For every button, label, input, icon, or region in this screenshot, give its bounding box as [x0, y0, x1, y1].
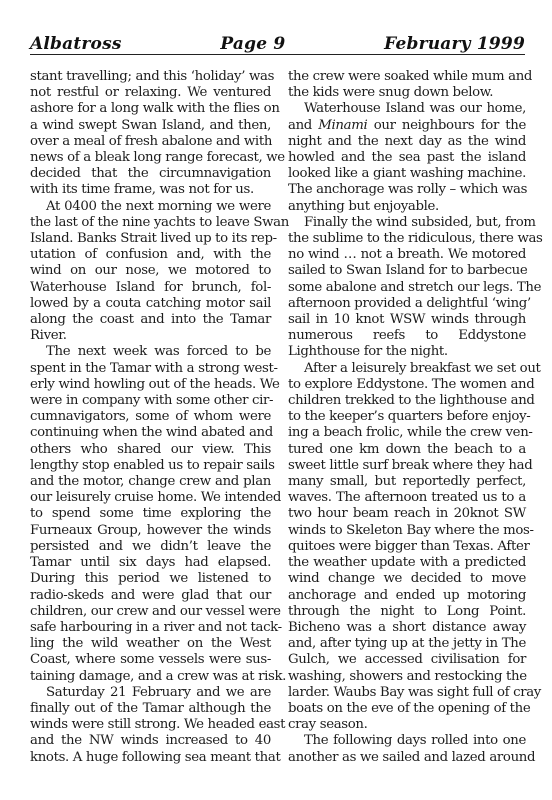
text-line: cumnavigators, some of whom were	[30, 409, 271, 425]
paragraph: Waterhouse Island was our home,and Minam…	[288, 101, 526, 214]
text-line: Waterhouse Island was our home,	[288, 101, 526, 117]
header-rule	[30, 54, 525, 55]
text-line: Furneaux Group, however the winds	[30, 523, 271, 539]
text-line: Finally the wind subsided, but, from	[288, 215, 526, 231]
text-line: ling the wild weather on the West	[30, 636, 271, 652]
text-line: Tamar until six days had elapsed.	[30, 555, 271, 571]
text-line: erly wind howling out of the heads. We	[30, 377, 271, 393]
text-line: along the coast and into the Tamar	[30, 312, 271, 328]
text-line: the weather update with a predicted	[288, 555, 526, 571]
text-line: winds were still strong. We headed east	[30, 717, 271, 733]
vessel-name: Minami	[318, 118, 367, 133]
text-line: boats on the eve of the opening of the	[288, 701, 526, 717]
text-line: sail in 10 knot WSW winds through	[288, 312, 526, 328]
text-line: utation of confusion and, with the	[30, 247, 271, 263]
text-line: decided that the circumnavigation	[30, 166, 271, 182]
text-line: and, after tying up at the jetty in The	[288, 636, 526, 652]
paragraph: The next week was forced to bespent in t…	[30, 344, 271, 684]
text-line: finally out of the Tamar although the	[30, 701, 271, 717]
paragraph: Finally the wind subsided, but, fromthe …	[288, 215, 526, 361]
text-line: ing a beach frolic, while the crew ven-	[288, 425, 526, 441]
newsletter-page: Albatross Page 9 February 1999 stant tra…	[0, 0, 552, 800]
text-line: larder. Waubs Bay was sight full of cray	[288, 685, 526, 701]
issue-date: February 1999	[384, 34, 525, 54]
page-number: Page 9	[220, 34, 285, 54]
text-line: to the keeper’s quarters before enjoy-	[288, 409, 526, 425]
text-line: Gulch, we accessed civilisation for	[288, 652, 526, 668]
text-line: night and the next day as the wind	[288, 134, 526, 150]
text-line: radio-skeds and were glad that our	[30, 588, 271, 604]
text-line: winds to Skeleton Bay where the mos-	[288, 523, 526, 539]
text-line: looked like a giant washing machine.	[288, 166, 526, 182]
text-line: During this period we listened to	[30, 571, 271, 587]
paragraph: Saturday 21 February and we arefinally o…	[30, 685, 271, 766]
text-line: news of a bleak long range forecast, we	[30, 150, 271, 166]
paragraph: After a leisurely breakfast we set outto…	[288, 361, 526, 734]
right-column: the crew were soaked while mum andthe ki…	[288, 69, 526, 766]
left-column: stant travelling; and this ‘holiday’ was…	[30, 69, 271, 766]
text-line: were in company with some other cir-	[30, 393, 271, 409]
paragraph: At 0400 the next morning we werethe last…	[30, 199, 271, 345]
text-line: waves. The afternoon treated us to a	[288, 490, 526, 506]
text-line: and Minami our neighbours for the	[288, 118, 526, 134]
text-line: the kids were snug down below.	[288, 85, 526, 101]
text-line: with its time frame, was not for us.	[30, 182, 271, 198]
text-line: washing, showers and restocking the	[288, 669, 526, 685]
text-line: cray season.	[288, 717, 526, 733]
running-header: Albatross Page 9 February 1999	[30, 22, 525, 54]
text-line: lowed by a couta catching motor sail	[30, 296, 271, 312]
text-line: and the motor, change crew and plan	[30, 474, 271, 490]
text-line: the last of the nine yachts to leave Swa…	[30, 215, 271, 231]
text-line: sailed to Swan Island for to barbecue	[288, 263, 526, 279]
text-line: another as we sailed and lazed around	[288, 750, 526, 766]
text-line: safe harbouring in a river and not tack-	[30, 620, 271, 636]
text-line: many small, but reportedly perfect,	[288, 474, 526, 490]
text-line: spent in the Tamar with a strong west-	[30, 361, 271, 377]
text-line: our leisurely cruise home. We intended	[30, 490, 271, 506]
text-line: lengthy stop enabled us to repair sails	[30, 458, 271, 474]
text-line: two hour beam reach in 20knot SW	[288, 506, 526, 522]
text-line: The following days rolled into one	[288, 733, 526, 749]
text-line: and the NW winds increased to 40	[30, 733, 271, 749]
text-line: wind on our nose, we motored to	[30, 263, 271, 279]
text-line: tured one km down the beach to a	[288, 442, 526, 458]
text-line: knots. A huge following sea meant that	[30, 750, 271, 766]
text-line: through the night to Long Point.	[288, 604, 526, 620]
text-line: howled and the sea past the island	[288, 150, 526, 166]
text-line: Bicheno was a short distance away	[288, 620, 526, 636]
text-line: anchorage and ended up motoring	[288, 588, 526, 604]
text-line: taining damage, and a crew was at risk.	[30, 669, 271, 685]
paragraph: stant travelling; and this ‘holiday’ was…	[30, 69, 271, 199]
text-line: the crew were soaked while mum and	[288, 69, 526, 85]
text-line: wind change we decided to move	[288, 571, 526, 587]
text-line: At 0400 the next morning we were	[30, 199, 271, 215]
paragraph: The following days rolled into oneanothe…	[288, 733, 526, 765]
text-line: Coast, where some vessels were sus-	[30, 652, 271, 668]
text-line: After a leisurely breakfast we set out	[288, 361, 526, 377]
text-line: over a meal of fresh abalone and with	[30, 134, 271, 150]
paragraph: the crew were soaked while mum andthe ki…	[288, 69, 526, 101]
text-line: Waterhouse Island for brunch, fol-	[30, 280, 271, 296]
text-line: quitoes were bigger than Texas. After	[288, 539, 526, 555]
text-line: continuing when the wind abated and	[30, 425, 271, 441]
text-line: to explore Eddystone. The women and	[288, 377, 526, 393]
text-line: no wind … not a breath. We motored	[288, 247, 526, 263]
text-line: ashore for a long walk with the flies on	[30, 101, 271, 117]
text-line: River.	[30, 328, 271, 344]
text-line: Lighthouse for the night.	[288, 344, 526, 360]
text-line: others who shared our view. This	[30, 442, 271, 458]
text-line: Island. Banks Strait lived up to its rep…	[30, 231, 271, 247]
text-line: numerous reefs to Eddystone	[288, 328, 526, 344]
text-line: a wind swept Swan Island, and then,	[30, 118, 271, 134]
text-line: children, our crew and our vessel were	[30, 604, 271, 620]
text-line: afternoon provided a delightful ‘wing’	[288, 296, 526, 312]
text-line: some abalone and stretch our legs. The	[288, 280, 526, 296]
text-line: The anchorage was rolly – which was	[288, 182, 526, 198]
text-line: the sublime to the ridiculous, there was	[288, 231, 526, 247]
text-line: persisted and we didn’t leave the	[30, 539, 271, 555]
text-line: The next week was forced to be	[30, 344, 271, 360]
text-line: sweet little surf break where they had	[288, 458, 526, 474]
text-line: anything but enjoyable.	[288, 199, 526, 215]
text-line: Saturday 21 February and we are	[30, 685, 271, 701]
text-line: stant travelling; and this ‘holiday’ was	[30, 69, 271, 85]
publication-title: Albatross	[30, 34, 122, 54]
text-line: to spend some time exploring the	[30, 506, 271, 522]
text-line: children trekked to the lighthouse and	[288, 393, 526, 409]
text-line: not restful or relaxing. We ventured	[30, 85, 271, 101]
